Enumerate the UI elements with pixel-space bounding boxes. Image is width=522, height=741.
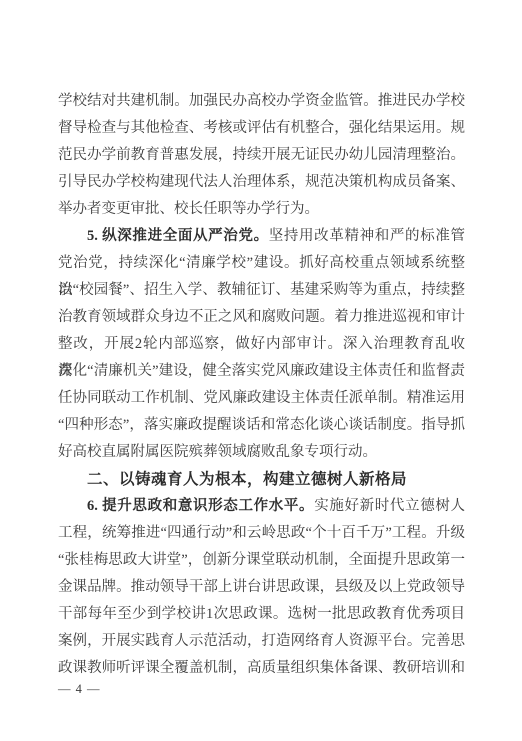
body-text: 工程，统筹推进“四通行动”和云岭思政“个十百千万”工程。升级 <box>58 525 465 541</box>
body-text: 坚持用改革精神和严的标准管 <box>269 228 465 244</box>
body-text: 学校结对共建机制。加强民办高校办学资金监管。推进民办学校 <box>58 93 465 109</box>
text-line: 金课品牌。推动领导干部上讲台讲思政课，县级及以上党政领导 <box>58 574 465 601</box>
section-heading: 二、以铸魂育人为根本，构建立德树人新格局 <box>58 466 465 493</box>
text-line: 以“校园餐”、招生入学、教辅征订、基建采购等为重点，持续整 <box>58 277 465 304</box>
bold-lead-text: 6. 提升思政和意识形态工作水平。 <box>87 498 314 514</box>
text-column: 学校结对共建机制。加强民办高校办学资金监管。推进民办学校督导检查与其他检查、考核… <box>58 88 465 682</box>
body-text: 范民办学前教育普惠发展，持续开展无证民办幼儿园清理整治。 <box>58 147 465 163</box>
body-text: 好高校直属附属医院殡葬领域腐败乱象专项行动。 <box>58 444 377 460</box>
body-text: 举办者变更审批、校长任职等办学行为。 <box>58 201 319 217</box>
page-number: — 4 — <box>58 680 101 698</box>
body-text: “四种形态”，落实廉政提醒谈话和常态化谈心谈话制度。指导抓 <box>58 417 465 433</box>
body-text: 任协同联动工作机制、党风廉政建设主体责任派单制。精准运用 <box>58 390 465 406</box>
body-text: 督导检查与其他检查、考核或评估有机整合，强化结果运用。规 <box>58 120 465 136</box>
text-line: 政课教师听评课全覆盖机制，高质量组织集体备课、教研培训和 <box>58 655 465 682</box>
body-text: 治教育领域群众身边不正之风和腐败问题。着力推进巡视和审计 <box>58 309 465 325</box>
body-text: 案例，开展实践育人示范活动，打造网络育人资源平台。完善思 <box>58 633 465 649</box>
text-line: 好高校直属附属医院殡葬领域腐败乱象专项行动。 <box>58 439 465 466</box>
text-line: 引导民办学校构建现代法人治理体系，规范决策机构成员备案、 <box>58 169 465 196</box>
body-text: 干部每年至少到学校讲1次思政课。选树一批思政教育优秀项目 <box>58 606 465 622</box>
bold-lead-text: 5. 纵深推进全面从严治党。 <box>87 228 269 244</box>
text-line: 干部每年至少到学校讲1次思政课。选树一批思政教育优秀项目 <box>58 601 465 628</box>
text-line: 党治党，持续深化“清廉学校”建设。抓好高校重点领域系统整治， <box>58 250 465 277</box>
text-line: 任协同联动工作机制、党风廉政建设主体责任派单制。精准运用 <box>58 385 465 412</box>
text-line: 工程，统筹推进“四通行动”和云岭思政“个十百千万”工程。升级 <box>58 520 465 547</box>
text-line: 举办者变更审批、校长任职等办学行为。 <box>58 196 465 223</box>
body-text: 引导民办学校构建现代法人治理体系，规范决策机构成员备案、 <box>58 174 465 190</box>
text-line: 5. 纵深推进全面从严治党。坚持用改革精神和严的标准管 <box>58 223 465 250</box>
text-line: 范民办学前教育普惠发展，持续开展无证民办幼儿园清理整治。 <box>58 142 465 169</box>
text-line: 治教育领域群众身边不正之风和腐败问题。着力推进巡视和审计 <box>58 304 465 331</box>
body-text: 深化“清廉机关”建设，健全落实党风廉政建设主体责任和监督责 <box>58 363 465 379</box>
text-line: “张桂梅思政大讲堂”，创新分课堂联动机制，全面提升思政第一 <box>58 547 465 574</box>
body-text: 金课品牌。推动领导干部上讲台讲思政课，县级及以上党政领导 <box>58 579 465 595</box>
text-line: 深化“清廉机关”建设，健全落实党风廉政建设主体责任和监督责 <box>58 358 465 385</box>
body-text: 以“校园餐”、招生入学、教辅征订、基建采购等为重点，持续整 <box>58 282 465 298</box>
text-line: 整改，开展2轮内部巡察，做好内部审计。深入治理教育乱收费。 <box>58 331 465 358</box>
text-line: 督导检查与其他检查、考核或评估有机整合，强化结果运用。规 <box>58 115 465 142</box>
body-text: “张桂梅思政大讲堂”，创新分课堂联动机制，全面提升思政第一 <box>58 552 465 568</box>
body-text: 政课教师听评课全覆盖机制，高质量组织集体备课、教研培训和 <box>58 660 465 676</box>
document-page: 学校结对共建机制。加强民办高校办学资金监管。推进民办学校督导检查与其他检查、考核… <box>0 0 522 741</box>
bold-lead-text: 二、以铸魂育人为根本，构建立德树人新格局 <box>87 471 407 488</box>
body-text: 实施好新时代立德树人 <box>314 498 465 514</box>
text-line: 学校结对共建机制。加强民办高校办学资金监管。推进民办学校 <box>58 88 465 115</box>
text-line: “四种形态”，落实廉政提醒谈话和常态化谈心谈话制度。指导抓 <box>58 412 465 439</box>
text-line: 6. 提升思政和意识形态工作水平。实施好新时代立德树人 <box>58 493 465 520</box>
text-line: 案例，开展实践育人示范活动，打造网络育人资源平台。完善思 <box>58 628 465 655</box>
